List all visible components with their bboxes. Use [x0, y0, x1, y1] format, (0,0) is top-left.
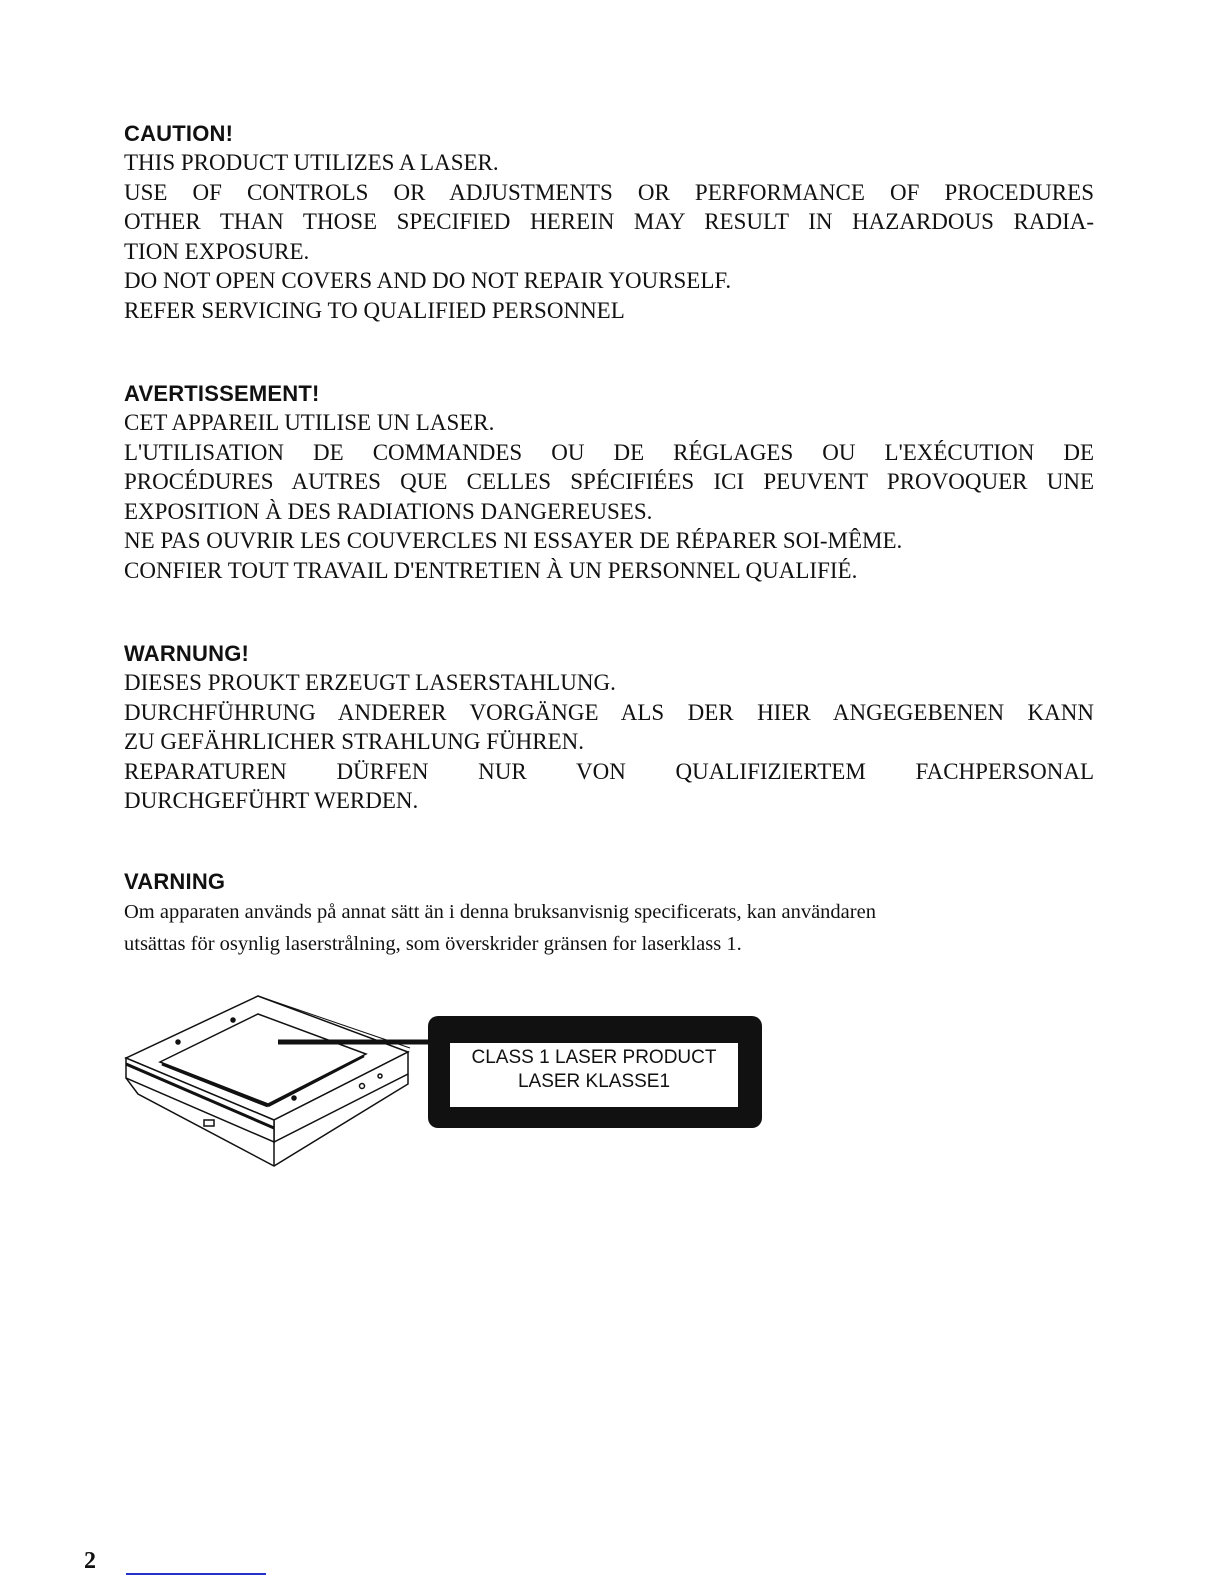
swedish-line: Om apparaten används på annat sätt än i … — [124, 896, 1094, 928]
swedish-heading: VARNING — [124, 868, 1094, 896]
french-line: L'UTILISATION DE COMMANDES OU DE RÉGLAGE… — [124, 438, 1094, 468]
french-line: EXPOSITION À DES RADIATIONS DANGEREUSES. — [124, 497, 1094, 527]
caution-line: THIS PRODUCT UTILIZES A LASER. — [124, 148, 1094, 178]
german-line: REPARATUREN DÜRFEN NUR VON QUALIFIZIERTE… — [124, 757, 1094, 787]
laser-label-line1: CLASS 1 LASER PRODUCT — [450, 1046, 738, 1070]
caution-line: DO NOT OPEN COVERS AND DO NOT REPAIR YOU… — [124, 266, 1094, 296]
laser-label-line2: LASER KLASSE1 — [450, 1070, 738, 1094]
caution-line: USE OF CONTROLS OR ADJUSTMENTS OR PERFOR… — [124, 178, 1094, 208]
page-number: 2 — [84, 1548, 96, 1575]
french-line: CONFIER TOUT TRAVAIL D'ENTRETIEN À UN PE… — [124, 556, 1094, 586]
german-line: DIESES PROUKT ERZEUGT LASERSTAHLUNG. — [124, 668, 1094, 698]
caution-line: REFER SERVICING TO QUALIFIED PERSONNEL — [124, 296, 1094, 326]
swedish-warning-section: VARNING Om apparaten används på annat sä… — [124, 868, 1094, 960]
swedish-line: utsättas för osynlig laserstrålning, som… — [124, 928, 1094, 960]
caution-heading: CAUTION! — [124, 120, 1094, 148]
french-line: PROCÉDURES AUTRES QUE CELLES SPÉCIFIÉES … — [124, 467, 1094, 497]
german-line: DURCHGEFÜHRT WERDEN. — [124, 786, 1094, 816]
footer-link-underline — [126, 1573, 266, 1575]
laser-class-label: CLASS 1 LASER PRODUCT LASER KLASSE1 — [450, 1043, 738, 1107]
german-line: ZU GEFÄHRLICHER STRAHLUNG FÜHREN. — [124, 727, 1094, 757]
german-heading: WARNUNG! — [124, 640, 1094, 668]
german-line: DURCHFÜHRUNG ANDERER VORGÄNGE ALS DER HI… — [124, 698, 1094, 728]
french-line: NE PAS OUVRIR LES COUVERCLES NI ESSAYER … — [124, 526, 1094, 556]
french-warning-section: AVERTISSEMENT! CET APPAREIL UTILISE UN L… — [124, 380, 1094, 585]
caution-line: TION EXPOSURE. — [124, 237, 1094, 267]
french-heading: AVERTISSEMENT! — [124, 380, 1094, 408]
french-line: CET APPAREIL UTILISE UN LASER. — [124, 408, 1094, 438]
german-warning-section: WARNUNG! DIESES PROUKT ERZEUGT LASERSTAH… — [124, 640, 1094, 816]
caution-line: OTHER THAN THOSE SPECIFIED HEREIN MAY RE… — [124, 207, 1094, 237]
caution-section: CAUTION! THIS PRODUCT UTILIZES A LASER. … — [124, 120, 1094, 325]
